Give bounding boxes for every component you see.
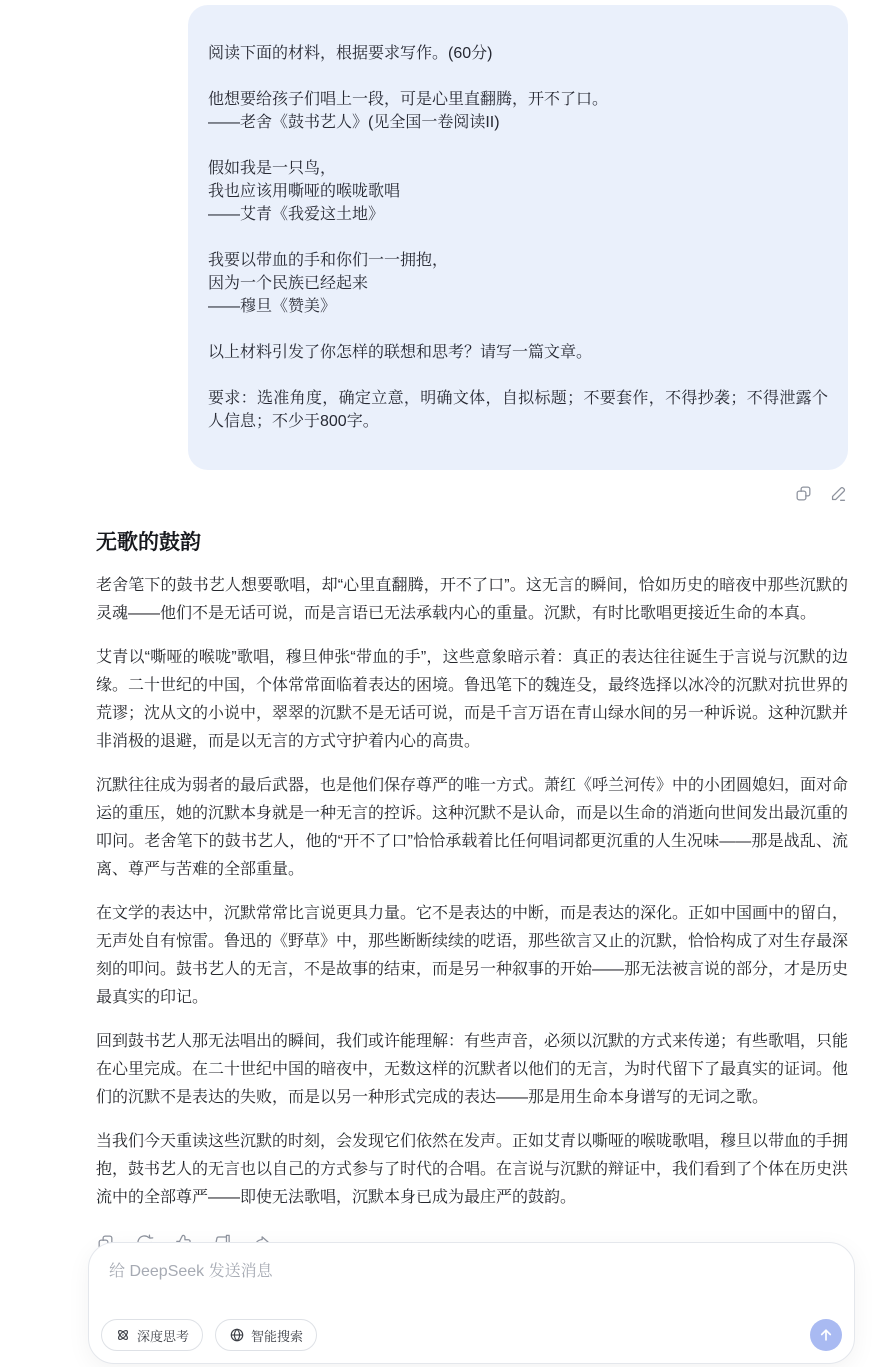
conversation-thread: 阅读下面的材料，根据要求写作。(60分) 他想要给孩子们唱上一段，可是心里直翻腾… [96, 5, 848, 1252]
user-message-actions [96, 484, 848, 503]
deep-think-label: 深度思考 [137, 1326, 189, 1345]
globe-icon [229, 1327, 245, 1343]
send-button[interactable] [810, 1319, 842, 1351]
web-search-label: 智能搜索 [251, 1326, 303, 1345]
user-message-bubble: 阅读下面的材料，根据要求写作。(60分) 他想要给孩子们唱上一段，可是心里直翻腾… [188, 5, 848, 470]
composer-toolbar: 深度思考 智能搜索 [101, 1319, 842, 1351]
assistant-response: 无歌的鼓韵 老舍笔下的鼓书艺人想要歌唱，却“心里直翻腾，开不了口”。这无言的瞬间… [96, 530, 848, 1212]
edit-user-message-button[interactable] [829, 484, 848, 503]
essay-paragraph: 沉默往往成为弱者的最后武器，也是他们保存尊严的唯一方式。萧红《呼兰河传》中的小团… [96, 772, 848, 884]
chat-page: 阅读下面的材料，根据要求写作。(60分) 他想要给孩子们唱上一段，可是心里直翻腾… [0, 0, 877, 1367]
atom-icon [115, 1327, 131, 1343]
essay-paragraph: 艾青以“嘶哑的喉咙”歌唱，穆旦伸张“带血的手”，这些意象暗示着：真正的表达往往诞… [96, 644, 848, 756]
essay-paragraph: 老舍笔下的鼓书艺人想要歌唱，却“心里直翻腾，开不了口”。这无言的瞬间，恰如历史的… [96, 572, 848, 628]
web-search-toggle[interactable]: 智能搜索 [215, 1319, 317, 1351]
arrow-up-icon [817, 1326, 835, 1344]
message-composer: 深度思考 智能搜索 [88, 1242, 855, 1364]
user-message-text: 阅读下面的材料，根据要求写作。(60分) 他想要给孩子们唱上一段，可是心里直翻腾… [208, 42, 828, 433]
essay-paragraph: 在文学的表达中，沉默常常比言说更具力量。它不是表达的中断，而是表达的深化。正如中… [96, 900, 848, 1012]
essay-paragraph: 回到鼓书艺人那无法唱出的瞬间，我们或许能理解：有些声音，必须以沉默的方式来传递；… [96, 1028, 848, 1112]
essay-title: 无歌的鼓韵 [96, 530, 848, 556]
deep-think-toggle[interactable]: 深度思考 [101, 1319, 203, 1351]
essay-paragraph: 当我们今天重读这些沉默的时刻，会发现它们依然在发声。正如艾青以嘶哑的喉咙歌唱，穆… [96, 1128, 848, 1212]
edit-icon [829, 484, 848, 503]
message-input[interactable] [89, 1243, 854, 1297]
copy-icon [794, 484, 813, 503]
copy-user-message-button[interactable] [794, 484, 813, 503]
